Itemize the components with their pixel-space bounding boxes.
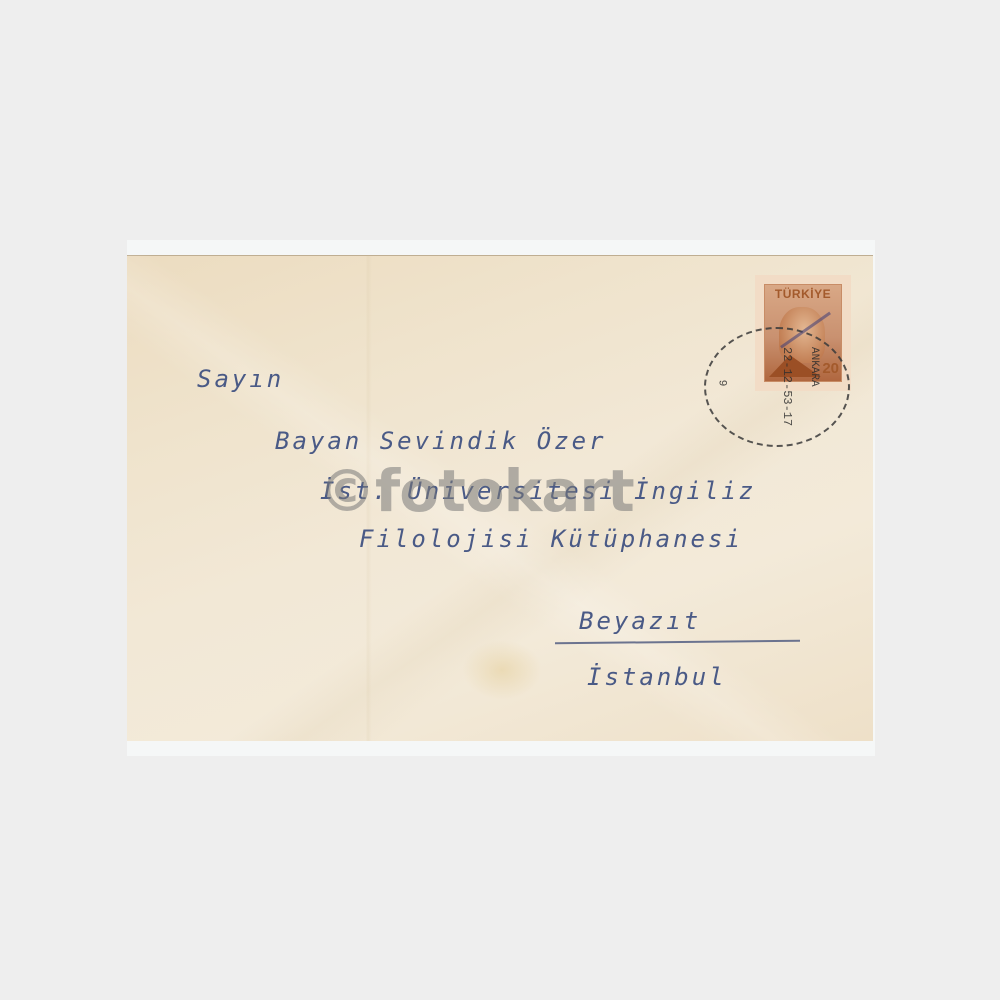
salutation: Sayın	[197, 365, 284, 393]
watermark: ©fotokart	[318, 457, 634, 525]
address-city: İstanbul	[587, 663, 727, 691]
postmark-number: 9	[715, 380, 727, 387]
district-underline	[555, 640, 800, 645]
paper-stain	[462, 640, 542, 700]
recipient-name: Bayan Sevindik Özer	[275, 427, 607, 455]
address-district: Beyazıt	[579, 607, 701, 635]
address-line-2: Filolojisi Kütüphanesi	[359, 525, 743, 553]
stamp-country: TÜRKİYE	[765, 287, 841, 301]
